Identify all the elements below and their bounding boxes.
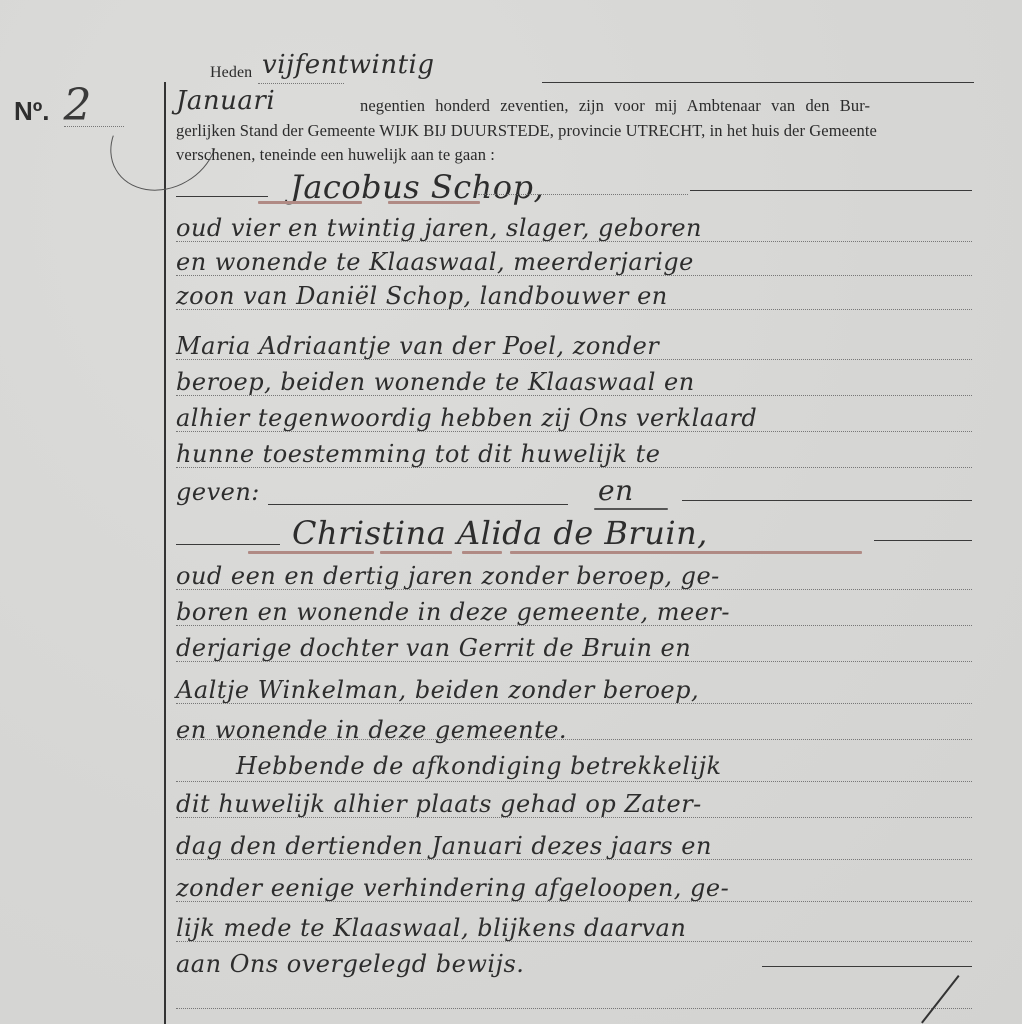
ruled-line [176,661,972,662]
groom-line-5: beroep, beiden wonende te Klaaswaal en [176,368,695,396]
groom-firstname-underline [258,201,362,204]
hand-day: vijfentwintig [262,50,435,80]
groom-line-2: en wonende te Klaaswaal, meerderjarige [176,248,694,276]
bride-name: Christina Alida de Bruin, [292,514,708,552]
ruled-line [176,467,972,468]
groom-line-8: geven: [176,478,260,506]
proclamation-line-2: dit huwelijk alhier plaats gehad op Zate… [176,790,702,818]
ruled-line [176,1008,972,1009]
groom-surname-underline [388,201,480,204]
ruled-line [176,395,972,396]
groom-line-1: oud vier en twintig jaren, slager, gebor… [176,214,702,242]
closing-slash [921,975,960,1024]
register-number: Nº. 2 [14,86,124,127]
bride-surname-underline [510,551,862,554]
groom-line-3: zoon van Daniël Schop, landbouwer en [176,282,668,310]
bride-line-3: derjarige dochter van Gerrit de Bruin en [176,634,691,662]
ruled-line [176,859,972,860]
ruled-line [176,431,972,432]
bride-firstname-underline [248,551,374,554]
groom-line-4: Maria Adriaantje van der Poel, zonder [176,332,659,360]
margin-rule [164,82,166,1024]
day-dotline [258,83,344,84]
ruled-line [176,625,972,626]
bewijs-tail-line [762,966,972,967]
ruled-line [176,359,972,360]
ruled-line [176,781,972,782]
ruled-line [176,309,972,310]
document-page: Nº. 2 Heden vijfentwintig Januari negent… [0,0,1022,1024]
groom-name-dotline [478,194,688,195]
bride-line-1: oud een en dertig jaren zonder beroep, g… [176,562,720,590]
ruled-line [176,241,972,242]
bride-line-2: boren en wonende in deze gemeente, meer- [176,598,730,626]
ruled-line [176,275,972,276]
bride-line-4: Aaltje Winkelman, beiden zonder beroep, [176,676,699,704]
bride-prefix-underline [462,551,502,554]
en-tail-line [682,500,972,501]
bride-leadline [176,544,280,545]
groom-leadline [176,196,268,197]
printed-heden: Heden [210,64,252,82]
geven-line [268,504,568,505]
hand-month: Januari [176,86,275,116]
proclamation-line-3: dag den dertienden Januari dezes jaars e… [176,832,712,860]
ruled-line [176,703,972,704]
printed-line-3: gerlijken Stand der Gemeente WIJK BIJ DU… [176,121,877,141]
bride-name-tail [874,540,972,541]
bride-middlename-underline [380,551,452,554]
ruled-line [176,901,972,902]
ruled-line [176,817,972,818]
printed-line-2: negentien honderd zeventien, zijn voor m… [360,96,870,116]
printed-line-4: verschenen, teneinde een huwelijk aan te… [176,145,495,165]
connector-en: en [598,474,634,507]
connector-underline [594,508,668,510]
register-number-value: 2 [64,86,124,127]
proclamation-line-6: aan Ons overgelegd bewijs. [176,950,524,978]
proclamation-line-1: Hebbende de afkondiging betrekkelijk [236,752,722,780]
groom-line-6: alhier tegenwoordig hebben zij Ons verkl… [176,404,757,432]
proclamation-line-4: zonder eenige verhindering afgeloopen, g… [176,874,729,902]
proclamation-line-5: lijk mede te Klaaswaal, blijkens daarvan [176,914,686,942]
ruled-line [176,739,972,740]
groom-name-tail [690,190,972,191]
register-number-label: Nº. [14,96,50,127]
ruled-line [176,589,972,590]
day-solidline [542,82,974,83]
ruled-line [176,941,972,942]
groom-line-7: hunne toestemming tot dit huwelijk te [176,440,660,468]
